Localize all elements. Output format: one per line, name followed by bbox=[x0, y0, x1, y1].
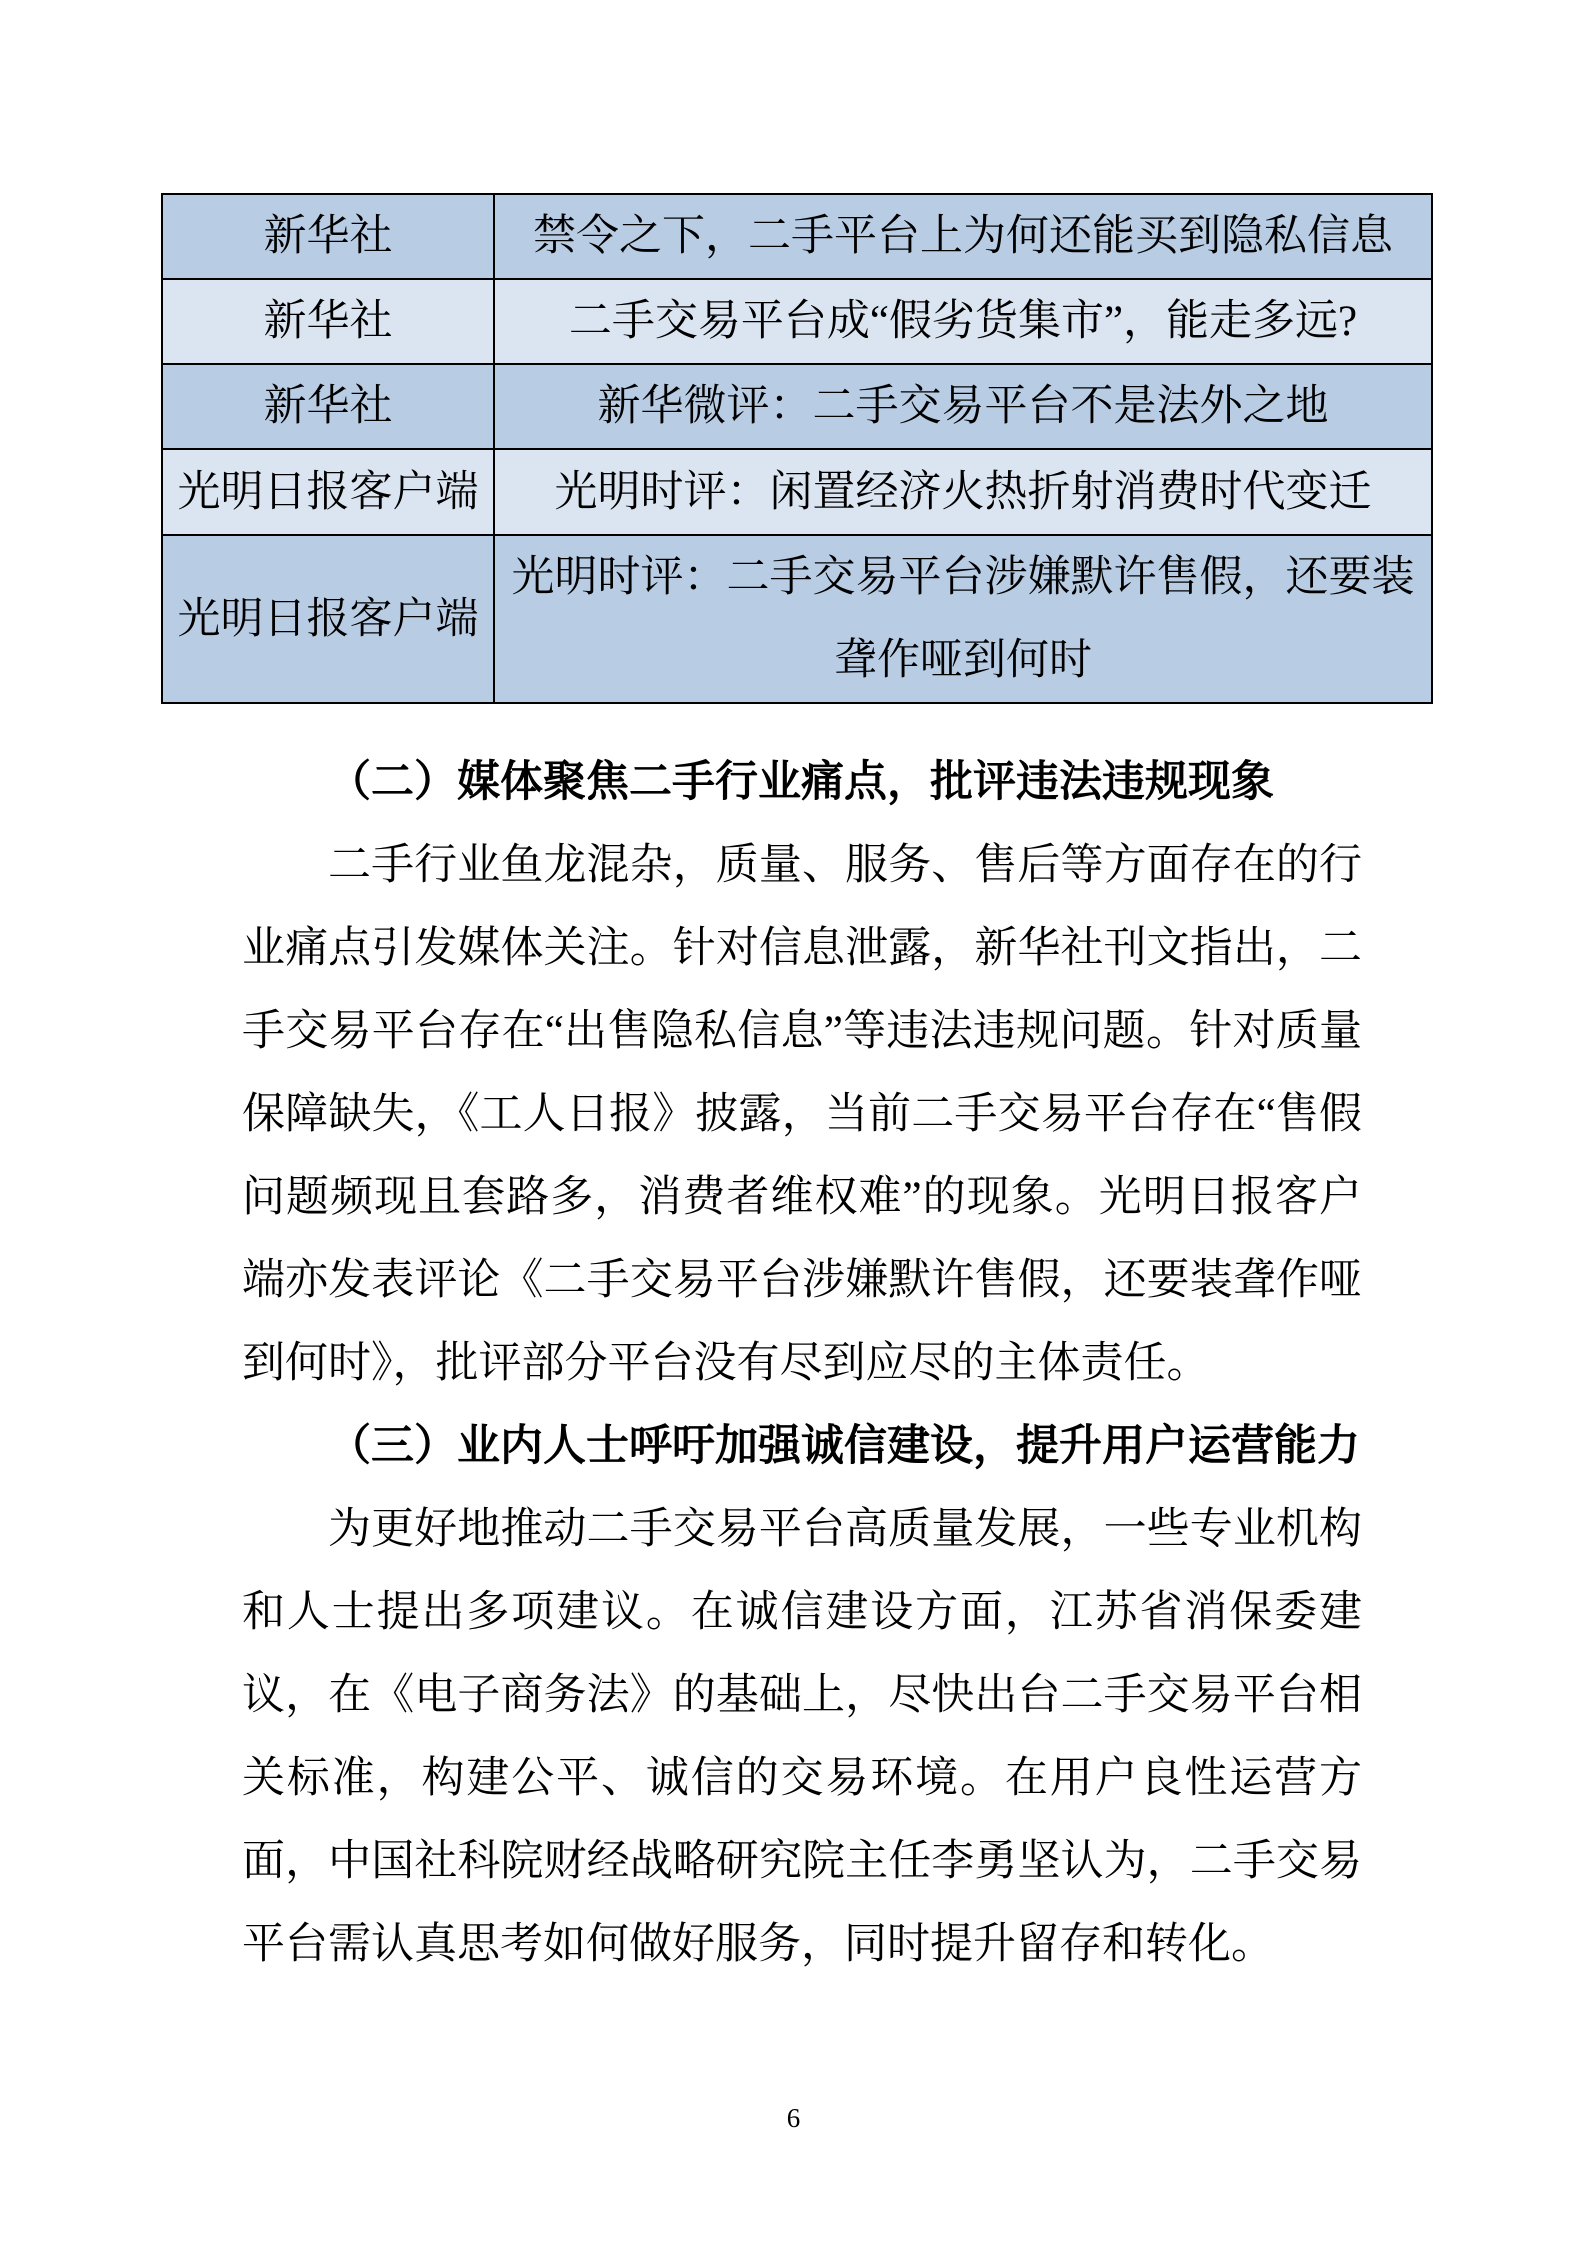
media-coverage-table: 新华社 禁令之下，二手平台上为何还能买到隐私信息 新华社 二手交易平台成“假劣货… bbox=[161, 193, 1433, 704]
section-paragraph-3: 为更好地推动二手交易平台高质量发展，一些专业机构和人士提出多项建议。在诚信建设方… bbox=[242, 1488, 1362, 1986]
article-title-cell: 禁令之下，二手平台上为何还能买到隐私信息 bbox=[494, 194, 1432, 279]
document-page: 新华社 禁令之下，二手平台上为何还能买到隐私信息 新华社 二手交易平台成“假劣货… bbox=[0, 0, 1587, 2245]
media-source-cell: 新华社 bbox=[162, 194, 494, 279]
media-source-cell: 新华社 bbox=[162, 279, 494, 364]
table-row: 光明日报客户端 光明时评：二手交易平台涉嫌默许售假，还要装聋作哑到何时 bbox=[162, 535, 1432, 703]
article-title-cell: 光明时评：二手交易平台涉嫌默许售假，还要装聋作哑到何时 bbox=[494, 535, 1432, 703]
table-row: 新华社 二手交易平台成“假劣货集市”，能走多远? bbox=[162, 279, 1432, 364]
document-body: （二）媒体聚焦二手行业痛点，批评违法违规现象 二手行业鱼龙混杂，质量、服务、售后… bbox=[242, 741, 1362, 1986]
section-paragraph-2: 二手行业鱼龙混杂，质量、服务、售后等方面存在的行业痛点引发媒体关注。针对信息泄露… bbox=[242, 824, 1362, 1405]
article-title-cell: 二手交易平台成“假劣货集市”，能走多远? bbox=[494, 279, 1432, 364]
article-title-cell: 光明时评：闲置经济火热折射消费时代变迁 bbox=[494, 449, 1432, 535]
table-row: 新华社 新华微评：二手交易平台不是法外之地 bbox=[162, 364, 1432, 449]
media-source-cell: 光明日报客户端 bbox=[162, 449, 494, 535]
section-heading-3: （三）业内人士呼吁加强诚信建设，提升用户运营能力 bbox=[242, 1405, 1362, 1488]
page-number: 6 bbox=[0, 2100, 1587, 2136]
table-row: 光明日报客户端 光明时评：闲置经济火热折射消费时代变迁 bbox=[162, 449, 1432, 535]
section-heading-2: （二）媒体聚焦二手行业痛点，批评违法违规现象 bbox=[242, 741, 1362, 824]
media-source-cell: 新华社 bbox=[162, 364, 494, 449]
article-title-cell: 新华微评：二手交易平台不是法外之地 bbox=[494, 364, 1432, 449]
table-row: 新华社 禁令之下，二手平台上为何还能买到隐私信息 bbox=[162, 194, 1432, 279]
media-source-cell: 光明日报客户端 bbox=[162, 535, 494, 703]
